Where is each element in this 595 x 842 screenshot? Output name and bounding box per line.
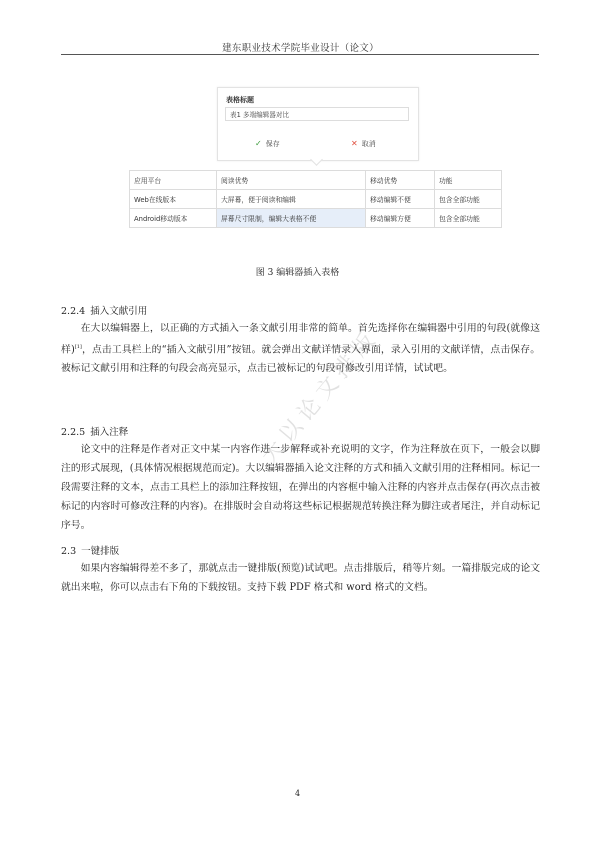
check-icon: ✓ xyxy=(255,139,262,148)
section-number: 2.3 xyxy=(61,546,76,557)
section-number: 2.2.5 xyxy=(61,427,85,438)
citation-marker[interactable]: [1] xyxy=(75,344,82,350)
section-heading: 2.2.4插入文献引用 xyxy=(61,303,147,317)
table-cell[interactable]: 包含全部功能 xyxy=(435,190,502,209)
paragraph-text: ，点击工具栏上的“插入文献引用”按钮。就会弹出文献详情录入界面，录入引用的文献详… xyxy=(61,344,540,374)
section-paragraph: 在大以编辑器上，以正确的方式插入一条文献引用非常的简单。首先选择你在编辑器中引用… xyxy=(61,319,540,378)
table-cell[interactable]: Android移动版本 xyxy=(130,209,217,228)
page-number: 4 xyxy=(0,789,595,798)
section-heading: 2.3一键排版 xyxy=(61,543,119,557)
save-button[interactable]: ✓保存 xyxy=(255,139,280,149)
close-icon: ✕ xyxy=(351,139,358,148)
table-cell[interactable]: 移动编辑不便 xyxy=(366,190,435,209)
section-title: 插入注释 xyxy=(90,427,128,438)
table-cell-selected[interactable]: 屏幕尺寸限制，编辑大表格不便 xyxy=(217,209,366,228)
section-title: 插入文献引用 xyxy=(90,306,147,317)
table-header-cell[interactable]: 移动优势 xyxy=(366,171,435,190)
popup-label: 表格标题 xyxy=(226,95,254,105)
table-header-cell[interactable]: 应用平台 xyxy=(130,171,217,190)
comparison-table: 应用平台 阅读优势 移动优势 功能 Web在线版本 大屏幕，便于阅读和编辑 移动… xyxy=(129,170,502,228)
table-title-popup: 表格标题 表1 多端编辑器对比 ✓保存 ✕取消 xyxy=(217,87,419,161)
page-header: 建东职业技术学院毕业设计（论文） xyxy=(61,40,540,54)
table-header-cell[interactable]: 阅读优势 xyxy=(217,171,366,190)
cancel-button[interactable]: ✕取消 xyxy=(351,139,376,149)
figure-caption: 图 3 编辑器插入表格 xyxy=(0,265,595,278)
table-row: Web在线版本 大屏幕，便于阅读和编辑 移动编辑不便 包含全部功能 xyxy=(130,190,502,209)
table-header-cell[interactable]: 功能 xyxy=(435,171,502,190)
save-label: 保存 xyxy=(266,140,280,148)
header-rule xyxy=(61,54,539,55)
section-paragraph: 论文中的注释是作者对正文中某一内容作进一步解释或补充说明的文字，作为注释放在页下… xyxy=(61,440,540,535)
section-paragraph: 如果内容编辑得差不多了，那就点击一键排版(预览)试试吧。点击排版后，稍等片刻。一… xyxy=(61,559,540,597)
cancel-label: 取消 xyxy=(362,140,376,148)
table-cell[interactable]: Web在线版本 xyxy=(130,190,217,209)
table-cell[interactable]: 包含全部功能 xyxy=(435,209,502,228)
table-header-row: 应用平台 阅读优势 移动优势 功能 xyxy=(130,171,502,190)
section-title: 一键排版 xyxy=(81,546,119,557)
table-row: Android移动版本 屏幕尺寸限制，编辑大表格不便 移动编辑方便 包含全部功能 xyxy=(130,209,502,228)
table-title-input[interactable]: 表1 多端编辑器对比 xyxy=(225,107,409,121)
section-heading: 2.2.5插入注释 xyxy=(61,424,128,438)
table-cell[interactable]: 大屏幕，便于阅读和编辑 xyxy=(217,190,366,209)
section-number: 2.2.4 xyxy=(61,306,85,317)
table-cell[interactable]: 移动编辑方便 xyxy=(366,209,435,228)
